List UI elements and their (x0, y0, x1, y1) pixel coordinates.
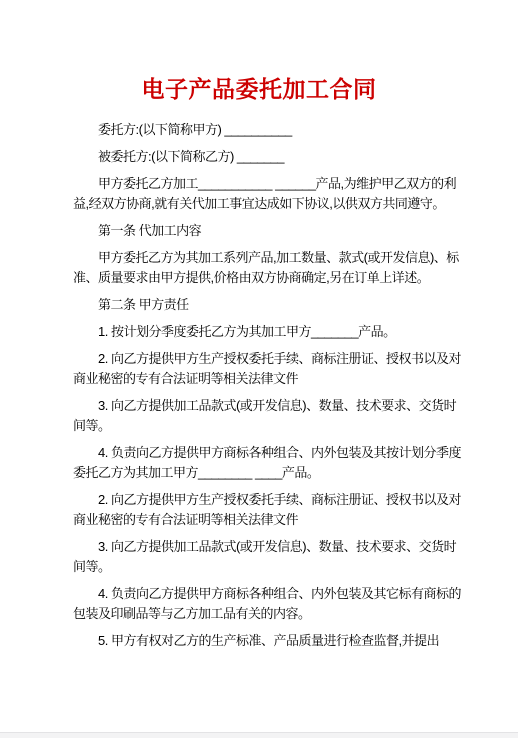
document-page: 电子产品委托加工合同 委托方:(以下简称甲方) __________被委托方:(… (0, 0, 518, 738)
contract-paragraph: 1. 按计划分季度委托乙方为其加工甲方_______产品。 (73, 322, 463, 342)
contract-paragraph: 第一条 代加工内容 (73, 221, 463, 241)
contract-paragraph: 3. 向乙方提供加工品款式(或开发信息)、数量、技术要求、交货时间等。 (73, 537, 463, 577)
contract-paragraph: 委托方:(以下简称甲方) __________ (73, 120, 463, 140)
contract-paragraph: 甲方委托乙方加工___________ ______产品,为维护甲乙双方的利益,… (73, 174, 463, 214)
document-body: 委托方:(以下简称甲方) __________被委托方:(以下简称乙方) ___… (73, 120, 463, 651)
contract-paragraph: 第二条 甲方责任 (73, 295, 463, 315)
contract-paragraph: 2. 向乙方提供甲方生产授权委托手续、商标注册证、授权书以及对商业秘密的专有合法… (73, 349, 463, 389)
contract-paragraph: 3. 向乙方提供加工品款式(或开发信息)、数量、技术要求、交货时间等。 (73, 396, 463, 436)
document-title: 电子产品委托加工合同 (0, 72, 518, 106)
document-content: 电子产品委托加工合同 委托方:(以下简称甲方) __________被委托方:(… (0, 0, 518, 651)
contract-paragraph: 4. 负责向乙方提供甲方商标各种组合、内外包装及其按计划分季度委托乙方为其加工甲… (73, 443, 463, 483)
contract-paragraph: 2. 向乙方提供甲方生产授权委托手续、商标注册证、授权书以及对商业秘密的专有合法… (73, 490, 463, 530)
contract-paragraph: 甲方委托乙方为其加工系列产品,加工数量、款式(或开发信息)、标准、质量要求由甲方… (73, 248, 463, 288)
page-bottom-strip (0, 732, 518, 738)
contract-paragraph: 5. 甲方有权对乙方的生产标准、产品质量进行检查监督,并提出 (73, 631, 463, 651)
contract-paragraph: 被委托方:(以下简称乙方) _______ (73, 147, 463, 167)
contract-paragraph: 4. 负责向乙方提供甲方商标各种组合、内外包装及其它标有商标的包装及印刷品等与乙… (73, 584, 463, 624)
